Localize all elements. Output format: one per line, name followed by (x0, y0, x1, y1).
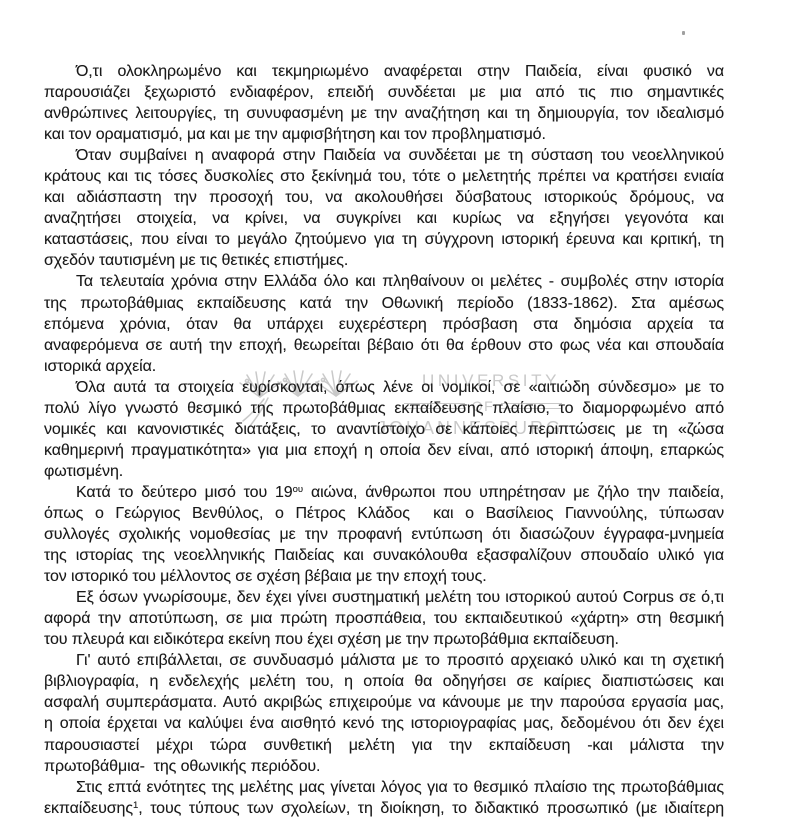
footnote-marker: ου (293, 484, 303, 495)
text-line: Τα τελευταία χρόνια στην Ελλάδα όλο και … (44, 271, 724, 292)
text-line: αναζητήσει στοιχεία, να κρίνει, να συγκρ… (44, 208, 724, 229)
text-line: κράτους και τις τόσες δυσκολίες στο ξεκί… (44, 166, 724, 187)
text-line: και αδιάσπαστη την προσοχή του, να ακολο… (44, 187, 724, 208)
text-line: συλλογές σχολικής νομοθεσίας με την προφ… (44, 524, 724, 545)
text-line: σχεδόν ταυτισμένη με τις θετικές επιστήμ… (44, 250, 724, 271)
scan-artifact-dot (682, 31, 685, 35)
paragraph: Όταν συμβαίνει η αναφορά στην Παιδεία να… (44, 145, 724, 271)
text-line: Γι' αυτό επιβάλλεται, σε συνδυασμό μάλισ… (44, 650, 724, 671)
text-line: Κατά το δεύτερο μισό του 19ου αιώνα, άνθ… (44, 482, 724, 503)
text-line: Όλα αυτά τα στοιχεία ευρίσκονται, όπως λ… (44, 377, 724, 398)
text-line: εκπαίδευσης1, τους τύπους των σχολείων, … (44, 798, 724, 819)
text-line: παρουσιαστεί μέχρι τώρα συνθετική μελέτη… (44, 735, 724, 756)
text-line: ιστορικά αρχεία. (44, 356, 724, 377)
text-line: παρουσιάζει ξεχωριστό ενδιαφέρον, επειδή… (44, 82, 724, 103)
text-line: καθημερινή πραγματικότητα» για μια εποχή… (44, 440, 724, 461)
document-text: Ό,τι ολοκληρωμένο και τεκμηριωμένο αναφέ… (44, 61, 724, 819)
text-line: ανθρώπινες λειτουργίες, τη συνυφασμένη μ… (44, 103, 724, 124)
paragraph: Στις επτά ενότητες της μελέτης μας γίνετ… (44, 777, 724, 819)
text-line: πολύ λίγο γνωστό θεσμικό της πρωτοβάθμια… (44, 398, 724, 419)
text-line: της πρωτοβάθμιας εκπαίδευσης κατά την Οθ… (44, 293, 724, 314)
text-line: επόμενα χρόνια, όταν θα υπάρχει ευχερέστ… (44, 314, 724, 335)
text-line: η οποία έρχεται να καλύψει ένα αισθητό κ… (44, 713, 724, 734)
paragraph: Τα τελευταία χρόνια στην Ελλάδα όλο και … (44, 271, 724, 376)
paragraph: Όλα αυτά τα στοιχεία ευρίσκονται, όπως λ… (44, 377, 724, 482)
text-line: πρωτοβάθμια- της οθωνικής περιόδου. (44, 756, 724, 777)
footnote-marker: 1 (133, 800, 138, 811)
paragraph: Γι' αυτό επιβάλλεται, σε συνδυασμό μάλισ… (44, 650, 724, 776)
text-line: βιβλιογραφία, η ενδελεχής μελέτη του, η … (44, 671, 724, 692)
text-line: και τον οραματισμό, μα και με την αμφισβ… (44, 124, 724, 145)
text-line: Στις επτά ενότητες της μελέτης μας γίνετ… (44, 777, 724, 798)
text-line: φωτισμένη. (44, 461, 724, 482)
text-line: Ό,τι ολοκληρωμένο και τεκμηριωμένο αναφέ… (44, 61, 724, 82)
text-line: όπως ο Γεώργιος Βενθύλος, ο Πέτρος Κλάδο… (44, 503, 724, 524)
text-line: νομικές και κανονιστικές διατάξεις, το α… (44, 419, 724, 440)
text-line: αφορά την αποτύπωση, σε μια πρώτη προσπά… (44, 608, 724, 629)
text-line: Εξ όσων γνωρίσουμε, δεν έχει γίνει συστη… (44, 587, 724, 608)
text-line: τον ιστορικό του μέλλοντος σε σχέση βέβα… (44, 566, 724, 587)
text-line: Όταν συμβαίνει η αναφορά στην Παιδεία να… (44, 145, 724, 166)
paragraph: Ό,τι ολοκληρωμένο και τεκμηριωμένο αναφέ… (44, 61, 724, 145)
text-line: ασφαλή συμπεράσματα. Αυτό ακριβώς επιχει… (44, 692, 724, 713)
document-page: UNIVERSITY OF JOHANNESBURG Ό,τι ολοκληρω… (0, 0, 800, 826)
text-line: της ιστορίας της νεοελληνικής Παιδείας κ… (44, 545, 724, 566)
text-line: του πλευρά και ειδικότερα εκείνη που έχε… (44, 629, 724, 650)
paragraph: Εξ όσων γνωρίσουμε, δεν έχει γίνει συστη… (44, 587, 724, 650)
text-line: αναφερόμενα σε αυτή την εποχή, θεωρείται… (44, 335, 724, 356)
paragraph: Κατά το δεύτερο μισό του 19ου αιώνα, άνθ… (44, 482, 724, 587)
text-line: καταστάσεις, που είναι το μεγάλο ζητούμε… (44, 229, 724, 250)
